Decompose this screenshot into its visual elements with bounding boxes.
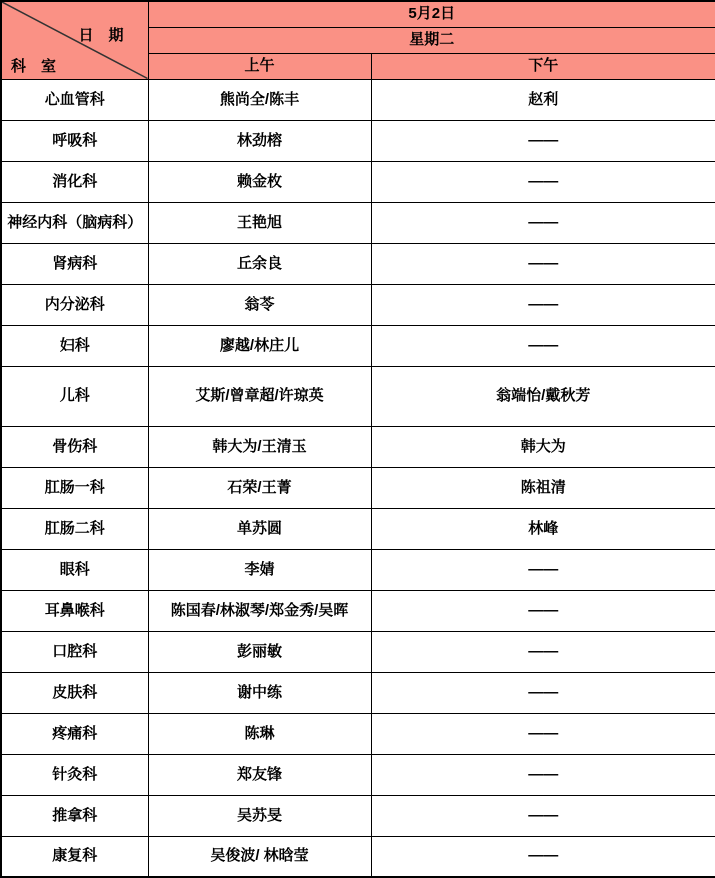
afternoon-doctor-cell: —— bbox=[371, 243, 715, 284]
department-cell: 骨伤科 bbox=[1, 426, 148, 467]
afternoon-doctor-cell: 翁端怡/戴秋芳 bbox=[371, 366, 715, 426]
table-row: 神经内科（脑病科） 王艳旭 —— bbox=[1, 202, 715, 243]
department-cell: 耳鼻喉科 bbox=[1, 590, 148, 631]
duty-schedule-table: 日 期 科 室 5月2日 星期二 上午 下午 心血管科 熊尚全/陈丰 赵利 呼吸… bbox=[0, 0, 715, 878]
table-row: 消化科 赖金枚 —— bbox=[1, 161, 715, 202]
afternoon-doctor-cell: 赵利 bbox=[371, 79, 715, 120]
department-cell: 推拿科 bbox=[1, 795, 148, 836]
department-cell: 内分泌科 bbox=[1, 284, 148, 325]
afternoon-doctor-cell: —— bbox=[371, 120, 715, 161]
table-row: 口腔科 彭丽敏 —— bbox=[1, 631, 715, 672]
morning-doctor-cell: 石荣/王菁 bbox=[148, 467, 371, 508]
department-cell: 眼科 bbox=[1, 549, 148, 590]
date-header: 5月2日 bbox=[148, 1, 715, 27]
department-cell: 肛肠二科 bbox=[1, 508, 148, 549]
table-row: 推拿科 吴苏旻 —— bbox=[1, 795, 715, 836]
morning-doctor-cell: 陈琳 bbox=[148, 713, 371, 754]
table-row: 妇科 廖越/林庄儿 —— bbox=[1, 325, 715, 366]
department-cell: 妇科 bbox=[1, 325, 148, 366]
department-cell: 康复科 bbox=[1, 836, 148, 877]
morning-doctor-cell: 吴俊波/ 林晗莹 bbox=[148, 836, 371, 877]
department-cell: 肾病科 bbox=[1, 243, 148, 284]
morning-doctor-cell: 郑友锋 bbox=[148, 754, 371, 795]
afternoon-doctor-cell: 林峰 bbox=[371, 508, 715, 549]
corner-header-cell: 日 期 科 室 bbox=[1, 1, 148, 79]
department-cell: 针灸科 bbox=[1, 754, 148, 795]
afternoon-doctor-cell: —— bbox=[371, 754, 715, 795]
afternoon-doctor-cell: —— bbox=[371, 549, 715, 590]
department-cell: 消化科 bbox=[1, 161, 148, 202]
morning-doctor-cell: 吴苏旻 bbox=[148, 795, 371, 836]
afternoon-doctor-cell: —— bbox=[371, 161, 715, 202]
morning-doctor-cell: 陈国春/林淑琴/郑金秀/吴晖 bbox=[148, 590, 371, 631]
table-row: 内分泌科 翁苓 —— bbox=[1, 284, 715, 325]
table-row: 皮肤科 谢中练 —— bbox=[1, 672, 715, 713]
morning-doctor-cell: 艾斯/曾章超/许琼英 bbox=[148, 366, 371, 426]
table-row: 儿科 艾斯/曾章超/许琼英 翁端怡/戴秋芳 bbox=[1, 366, 715, 426]
department-cell: 儿科 bbox=[1, 366, 148, 426]
morning-doctor-cell: 赖金枚 bbox=[148, 161, 371, 202]
department-cell: 疼痛科 bbox=[1, 713, 148, 754]
department-cell: 口腔科 bbox=[1, 631, 148, 672]
table-row: 心血管科 熊尚全/陈丰 赵利 bbox=[1, 79, 715, 120]
morning-header: 上午 bbox=[148, 53, 371, 79]
afternoon-header: 下午 bbox=[371, 53, 715, 79]
corner-dept-label: 科 室 bbox=[11, 58, 56, 76]
afternoon-doctor-cell: —— bbox=[371, 795, 715, 836]
morning-doctor-cell: 李婧 bbox=[148, 549, 371, 590]
morning-doctor-cell: 单苏圆 bbox=[148, 508, 371, 549]
department-cell: 皮肤科 bbox=[1, 672, 148, 713]
afternoon-doctor-cell: —— bbox=[371, 672, 715, 713]
morning-doctor-cell: 林劲榕 bbox=[148, 120, 371, 161]
corner-date-label: 日 期 bbox=[78, 27, 123, 45]
morning-doctor-cell: 韩大为/王清玉 bbox=[148, 426, 371, 467]
department-cell: 心血管科 bbox=[1, 79, 148, 120]
afternoon-doctor-cell: —— bbox=[371, 631, 715, 672]
department-cell: 神经内科（脑病科） bbox=[1, 202, 148, 243]
morning-doctor-cell: 廖越/林庄儿 bbox=[148, 325, 371, 366]
duty-schedule-page: 日 期 科 室 5月2日 星期二 上午 下午 心血管科 熊尚全/陈丰 赵利 呼吸… bbox=[0, 0, 715, 874]
table-row: 针灸科 郑友锋 —— bbox=[1, 754, 715, 795]
afternoon-doctor-cell: —— bbox=[371, 713, 715, 754]
table-row: 肛肠一科 石荣/王菁 陈祖清 bbox=[1, 467, 715, 508]
morning-doctor-cell: 丘余良 bbox=[148, 243, 371, 284]
table-row: 眼科 李婧 —— bbox=[1, 549, 715, 590]
afternoon-doctor-cell: —— bbox=[371, 284, 715, 325]
table-row: 耳鼻喉科 陈国春/林淑琴/郑金秀/吴晖 —— bbox=[1, 590, 715, 631]
afternoon-doctor-cell: 韩大为 bbox=[371, 426, 715, 467]
morning-doctor-cell: 彭丽敏 bbox=[148, 631, 371, 672]
morning-doctor-cell: 王艳旭 bbox=[148, 202, 371, 243]
table-row: 肾病科 丘余良 —— bbox=[1, 243, 715, 284]
afternoon-doctor-cell: —— bbox=[371, 202, 715, 243]
afternoon-doctor-cell: —— bbox=[371, 590, 715, 631]
afternoon-doctor-cell: 陈祖清 bbox=[371, 467, 715, 508]
table-row: 肛肠二科 单苏圆 林峰 bbox=[1, 508, 715, 549]
table-row: 康复科 吴俊波/ 林晗莹 —— bbox=[1, 836, 715, 877]
morning-doctor-cell: 谢中练 bbox=[148, 672, 371, 713]
afternoon-doctor-cell: —— bbox=[371, 325, 715, 366]
table-row: 骨伤科 韩大为/王清玉 韩大为 bbox=[1, 426, 715, 467]
weekday-header: 星期二 bbox=[148, 27, 715, 53]
table-row: 疼痛科 陈琳 —— bbox=[1, 713, 715, 754]
morning-doctor-cell: 翁苓 bbox=[148, 284, 371, 325]
header-row-date: 日 期 科 室 5月2日 bbox=[1, 1, 715, 27]
table-row: 呼吸科 林劲榕 —— bbox=[1, 120, 715, 161]
afternoon-doctor-cell: —— bbox=[371, 836, 715, 877]
department-cell: 肛肠一科 bbox=[1, 467, 148, 508]
morning-doctor-cell: 熊尚全/陈丰 bbox=[148, 79, 371, 120]
department-cell: 呼吸科 bbox=[1, 120, 148, 161]
